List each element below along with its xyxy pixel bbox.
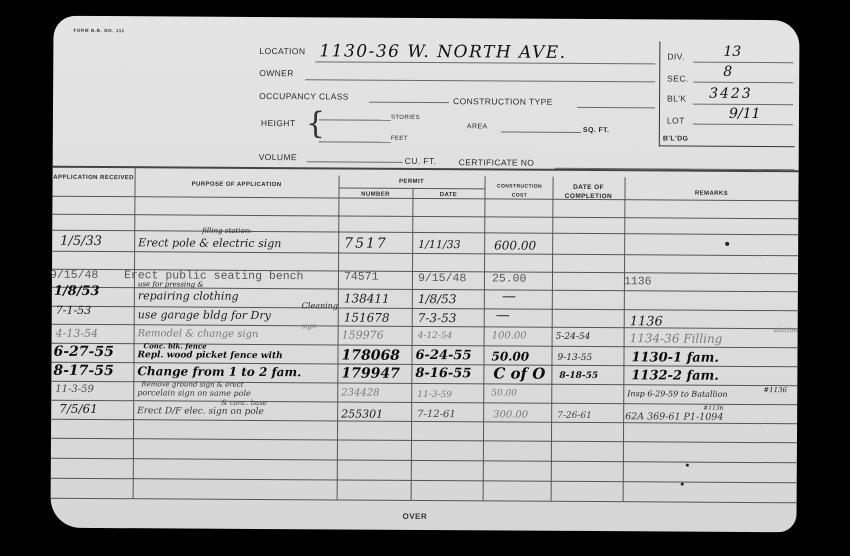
cell-permit-number: 234428 bbox=[341, 387, 379, 398]
sq-ft-label: SQ. FT. bbox=[583, 127, 610, 134]
cell-cost: — bbox=[496, 307, 510, 323]
blk-value: 3423 bbox=[709, 86, 753, 102]
row-line bbox=[52, 214, 798, 220]
cell-cost: C of O bbox=[493, 364, 545, 382]
bldg-label: B'L'DG bbox=[663, 135, 689, 142]
area-line bbox=[501, 131, 581, 132]
blk-label: BL'K bbox=[667, 93, 686, 103]
cell-permit-number: 7517 bbox=[344, 236, 388, 252]
cell-purpose: Remodel & change sign bbox=[138, 328, 259, 340]
cell-purpose-note: Cleaning bbox=[302, 301, 338, 310]
cell-purpose-note: filling station: bbox=[202, 227, 251, 235]
row-line bbox=[51, 458, 797, 464]
header-construction-cost: CONSTRUCTION COST bbox=[488, 182, 550, 200]
row-line bbox=[51, 478, 797, 484]
header-permit: PERMIT bbox=[339, 177, 485, 187]
col-line bbox=[623, 177, 626, 501]
cell-cost: 100.00 bbox=[492, 330, 527, 341]
cell-cost: 600.00 bbox=[494, 238, 536, 252]
cell-received: 4-13-54 bbox=[56, 327, 99, 340]
header-purpose: PURPOSE OF APPLICATION bbox=[135, 180, 339, 190]
div-value: 13 bbox=[723, 44, 741, 60]
row-line bbox=[51, 400, 797, 406]
col-line bbox=[133, 166, 136, 498]
over-footer: OVER bbox=[402, 512, 427, 521]
certificate-no-label: CERTIFICATE NO bbox=[459, 157, 535, 167]
lot-label: LOT bbox=[667, 115, 685, 125]
construction-type-line bbox=[577, 107, 655, 108]
volume-label: VOLUME bbox=[259, 152, 297, 162]
cell-permit-date: 7-12-61 bbox=[417, 409, 456, 420]
location-value: 1130-36 W. NORTH AVE. bbox=[319, 41, 566, 63]
div-label: DIV. bbox=[667, 51, 684, 61]
cell-remarks: 62A 369-61 P1-1094 bbox=[625, 411, 723, 423]
occupancy-class-label: OCCUPANCY CLASS bbox=[259, 91, 349, 102]
cell-received: 11-3-59 bbox=[55, 384, 94, 395]
cell-purpose: porcelain sign on same pole bbox=[137, 388, 251, 398]
cell-permit-date: 7-3-53 bbox=[418, 311, 457, 325]
cell-remarks: 1134-36 Filling bbox=[630, 331, 723, 346]
cell-purpose: Change from 1 to 2 fam. bbox=[137, 364, 301, 379]
cell-permit-number: 138411 bbox=[344, 292, 390, 306]
cell-permit-date: 1/11/33 bbox=[418, 238, 460, 251]
header-date: DATE bbox=[412, 191, 484, 200]
cell-permit-date: 11-3-59 bbox=[417, 390, 452, 400]
row-line bbox=[52, 251, 798, 257]
area-label: AREA bbox=[467, 123, 488, 130]
cell-purpose-note: & conc. base bbox=[221, 399, 267, 407]
cell-permit-number: 74571 bbox=[344, 271, 379, 284]
row-line bbox=[51, 498, 797, 504]
row-line bbox=[52, 230, 798, 236]
cell-cost: — bbox=[502, 288, 516, 304]
cell-completion: 9-13-55 bbox=[557, 353, 592, 363]
cell-cost: 300.00 bbox=[493, 409, 528, 420]
cell-permit-number: 178068 bbox=[341, 347, 400, 363]
cell-received: 6-27-55 bbox=[53, 344, 113, 360]
cell-received: 8-17-55 bbox=[53, 363, 113, 379]
ink-mark bbox=[686, 464, 689, 467]
cell-purpose-note: Conc. blk. fence bbox=[144, 341, 207, 350]
cell-cost: 25.00 bbox=[492, 272, 527, 285]
cell-cost: 50.00 bbox=[491, 388, 517, 398]
header-date-of-completion: DATE OF COMPLETION bbox=[552, 183, 624, 201]
cell-permit-date: 1/8/53 bbox=[418, 292, 457, 306]
row-line bbox=[51, 438, 797, 444]
cell-permit-date: 9/15/48 bbox=[418, 272, 466, 285]
feet-label: FEET bbox=[391, 136, 408, 142]
cell-permit-number: 255301 bbox=[341, 407, 383, 420]
permit-table: APPLICATION RECEIVED PURPOSE OF APPLICAT… bbox=[51, 166, 799, 516]
cell-remarks-note: station bbox=[774, 326, 798, 334]
header-number: NUMBER bbox=[338, 190, 412, 199]
building-permit-card: FORM B.B. NO. 111 LOCATION 1130-36 W. NO… bbox=[50, 16, 799, 533]
cell-purpose: repairing clothing bbox=[138, 289, 239, 303]
header-remarks: REMARKS bbox=[624, 189, 798, 199]
col-line bbox=[483, 176, 486, 500]
header-application-received: APPLICATION RECEIVED bbox=[53, 174, 135, 184]
cell-completion: 5-24-54 bbox=[556, 332, 591, 342]
feet-line bbox=[319, 141, 391, 142]
construction-type-label: CONSTRUCTION TYPE bbox=[453, 96, 553, 107]
cell-permit-date: 8-16-55 bbox=[415, 366, 471, 381]
cell-purpose-note: sign bbox=[302, 322, 317, 330]
cell-purpose-note: use for pressing & bbox=[138, 280, 204, 288]
cell-received: 1/8/53 bbox=[54, 284, 100, 299]
cell-received: 7-1-53 bbox=[56, 304, 92, 317]
col-line bbox=[337, 175, 340, 499]
cell-completion: 8-18-55 bbox=[559, 371, 598, 381]
cell-remarks-note: #1136 bbox=[703, 405, 723, 412]
brace-icon: { bbox=[306, 109, 325, 139]
cell-permit-number: 151678 bbox=[344, 311, 390, 325]
cell-permit-number: 159976 bbox=[342, 328, 384, 341]
lot-value: 9/11 bbox=[729, 106, 761, 122]
cell-remarks: Insp 6-29-59 to Batallion bbox=[627, 389, 727, 399]
occupancy-class-line bbox=[369, 102, 449, 103]
cell-purpose: Repl. wood picket fence with bbox=[137, 350, 282, 361]
cell-permit-date: 4-12-54 bbox=[418, 331, 453, 341]
stories-line bbox=[319, 119, 391, 120]
cell-permit-number: 179947 bbox=[341, 365, 400, 381]
cell-permit-date: 6-24-55 bbox=[415, 348, 471, 363]
cell-remarks: 1130-1 fam. bbox=[631, 350, 719, 366]
owner-line bbox=[305, 79, 655, 82]
volume-line bbox=[307, 161, 403, 163]
cell-remarks-note: #1136 bbox=[763, 386, 787, 394]
cell-purpose: Erect pole & electric sign bbox=[138, 236, 281, 250]
cell-completion: 7-26-61 bbox=[557, 411, 592, 421]
sec-label: SEC. bbox=[667, 73, 689, 83]
owner-label: OWNER bbox=[259, 68, 294, 78]
col-line bbox=[411, 188, 414, 500]
ink-mark bbox=[725, 242, 729, 246]
location-label: LOCATION bbox=[259, 46, 305, 56]
table-top-border bbox=[53, 166, 799, 173]
cell-remarks: 1136 bbox=[624, 275, 652, 288]
cell-purpose: Erect D/F elec. sign on pole bbox=[137, 406, 264, 417]
cell-received: 7/5/61 bbox=[59, 402, 98, 416]
ink-mark bbox=[681, 483, 684, 486]
cell-received: 1/5/33 bbox=[60, 234, 102, 249]
col-line bbox=[551, 177, 554, 501]
cell-received: 9/15/48 bbox=[50, 269, 98, 282]
cu-ft-label: CU. FT. bbox=[405, 156, 437, 166]
cell-remarks: 1132-2 fam. bbox=[631, 368, 719, 384]
sec-value: 8 bbox=[723, 64, 732, 80]
cell-remarks: 1136 bbox=[630, 314, 663, 329]
form-number: FORM B.B. NO. 111 bbox=[73, 28, 124, 33]
cell-purpose: use garage bldg for Dry bbox=[138, 308, 271, 322]
stories-label: STORIES bbox=[391, 115, 420, 121]
height-label: HEIGHT bbox=[261, 118, 296, 128]
cell-cost: 50.00 bbox=[491, 349, 529, 363]
